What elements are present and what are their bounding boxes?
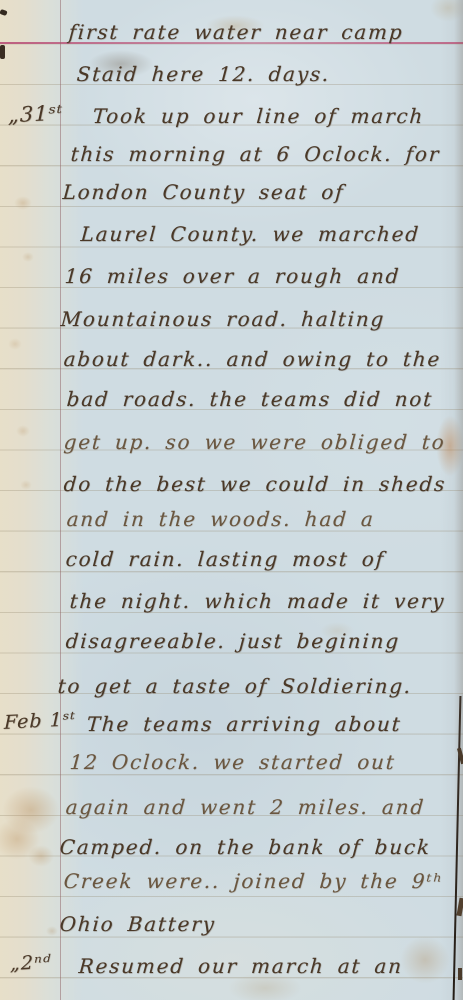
handwritten-line: Staid here 12. days. — [76, 64, 331, 84]
ink-blot — [0, 9, 8, 16]
handwritten-line: The teams arriving about — [86, 714, 402, 734]
handwritten-line: first rate water near camp — [68, 22, 404, 42]
handwritten-line: do the best we could in sheds — [63, 474, 447, 494]
handwritten-line: bad roads. the teams did not — [66, 389, 434, 409]
stain — [28, 845, 54, 867]
stain — [2, 786, 60, 834]
handwritten-line: and in the woods. had a — [66, 509, 375, 529]
stain — [20, 480, 32, 490]
stain — [46, 926, 58, 936]
margin-date: „31ˢᵗ — [8, 103, 63, 127]
handwritten-line: Ohio Battery — [59, 914, 216, 934]
stain — [8, 338, 22, 350]
handwritten-line: Mountainous road. halting — [60, 309, 386, 329]
diary-page: „31ˢᵗ Feb 1ˢᵗ „2ⁿᵈ first rate water near… — [0, 0, 463, 1000]
handwritten-line: Camped. on the bank of buck — [59, 837, 432, 857]
handwritten-line: Took up our line of march — [92, 106, 425, 126]
handwritten-line: to get a taste of Soldiering. — [57, 676, 413, 696]
handwritten-line: the night. which made it very — [69, 591, 446, 611]
stain — [400, 936, 450, 984]
stain — [14, 196, 32, 210]
stain — [22, 252, 34, 262]
handwritten-line: this morning at 6 Oclock. for — [70, 144, 441, 164]
handwritten-line: Laurel County. we marched — [80, 224, 421, 244]
handwritten-line: disagreeable. just begining — [65, 631, 401, 651]
stain — [16, 425, 30, 437]
margin-date: „2ⁿᵈ — [10, 953, 52, 974]
stain — [0, 818, 40, 860]
handwritten-line: Resumed our march at an — [78, 956, 404, 976]
handwritten-line: get up. so we were obliged to — [63, 432, 446, 452]
handwritten-line: cold rain. lasting most of — [65, 549, 386, 569]
handwritten-line: 12 Oclock. we started out — [69, 752, 396, 772]
handwritten-line: London County seat of — [62, 182, 345, 202]
handwritten-line: Creek were.. joined by the 9ᵗʰ — [63, 871, 444, 891]
margin-date: Feb 1ˢᵗ — [4, 710, 76, 733]
handwritten-line: about dark.. and owing to the — [63, 349, 442, 369]
handwritten-line: 16 miles over a rough and — [64, 266, 401, 286]
handwritten-line: again and went 2 miles. and — [65, 797, 426, 817]
ink-blot — [0, 45, 5, 59]
